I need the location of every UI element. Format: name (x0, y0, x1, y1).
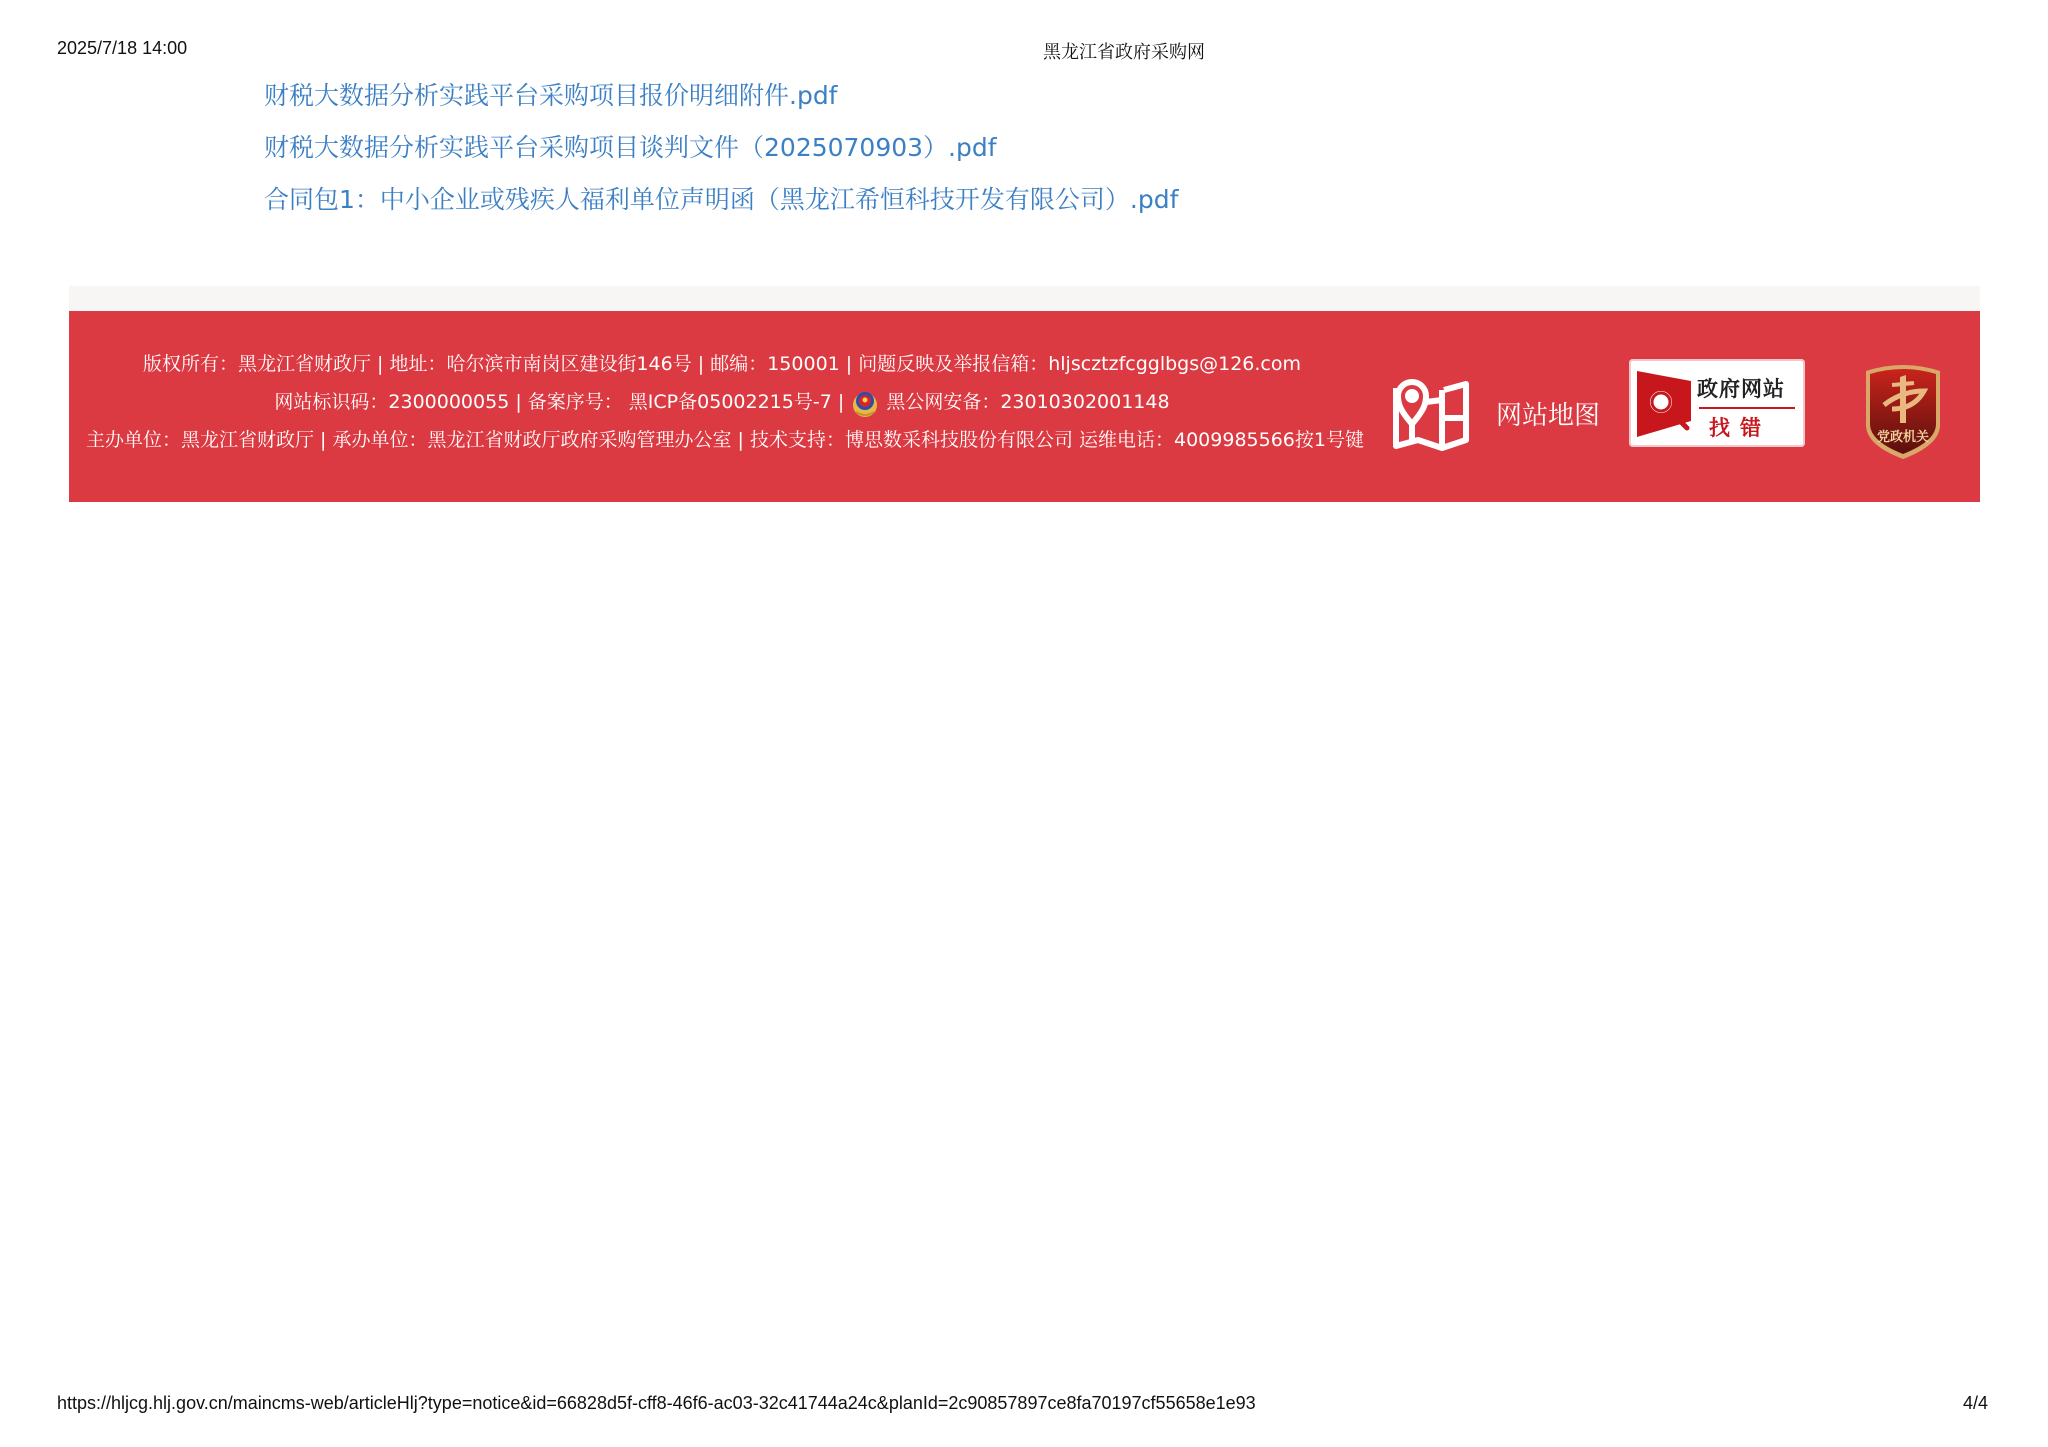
footer-copyright-line: 版权所有：黑龙江省财政厅 | 地址：哈尔滨市南岗区建设街146号 | 邮编：15… (86, 345, 1358, 383)
attachment-link-negotiation-document[interactable]: 财税大数据分析实践平台采购项目谈判文件（2025070903）.pdf (264, 130, 1178, 182)
site-footer: 版权所有：黑龙江省财政厅 | 地址：哈尔滨市南岗区建设街146号 | 邮编：15… (69, 311, 1980, 502)
svg-text:党政机关: 党政机关 (1877, 429, 1929, 445)
footer-organizer-line: 主办单位：黑龙江省财政厅 | 承办单位：黑龙江省财政厅政府采购管理办公室 | 技… (86, 421, 1358, 459)
print-header-datetime: 2025/7/18 14:00 (57, 38, 187, 59)
attachment-list: 财税大数据分析实践平台采购项目报价明细附件.pdf 财税大数据分析实践平台采购项… (264, 78, 1178, 234)
print-footer-url: https://hljcg.hlj.gov.cn/maincms-web/art… (57, 1393, 1256, 1414)
gov-site-find-error-button[interactable]: 政府网站 找错 (1629, 359, 1805, 447)
party-emblem-icon: 党政机关 (1862, 361, 1944, 461)
footer-info: 版权所有：黑龙江省财政厅 | 地址：哈尔滨市南岗区建设街146号 | 邮编：15… (86, 345, 1358, 459)
footer-registration-line: 网站标识码：2300000055 | 备案序号： 黑ICP备05002215号-… (86, 383, 1358, 421)
attachment-link-quote-detail[interactable]: 财税大数据分析实践平台采购项目报价明细附件.pdf (264, 78, 1178, 130)
print-header-site-title: 黑龙江省政府采购网 (1043, 38, 1205, 64)
map-pin-icon (1390, 374, 1472, 452)
find-error-title: 政府网站 (1697, 373, 1785, 403)
attachment-link-sme-declaration[interactable]: 合同包1：中小企业或残疾人福利单位声明函（黑龙江希恒科技开发有限公司）.pdf (264, 182, 1178, 234)
party-government-agency-badge[interactable]: 党政机关 (1862, 361, 1944, 461)
sitemap-link[interactable]: 网站地图 (1390, 373, 1600, 453)
find-error-divider (1699, 407, 1795, 409)
print-footer-page-number: 4/4 (1963, 1393, 1988, 1414)
footer-icp-text[interactable]: 网站标识码：2300000055 | 备案序号： 黑ICP备05002215号-… (274, 391, 844, 413)
footer-top-band (69, 286, 1980, 311)
police-emblem-icon (852, 388, 878, 418)
sitemap-label: 网站地图 (1496, 395, 1600, 432)
footer-police-record-text[interactable]: 黑公网安备：23010302001148 (886, 391, 1169, 413)
find-error-subtitle: 找错 (1709, 412, 1771, 442)
